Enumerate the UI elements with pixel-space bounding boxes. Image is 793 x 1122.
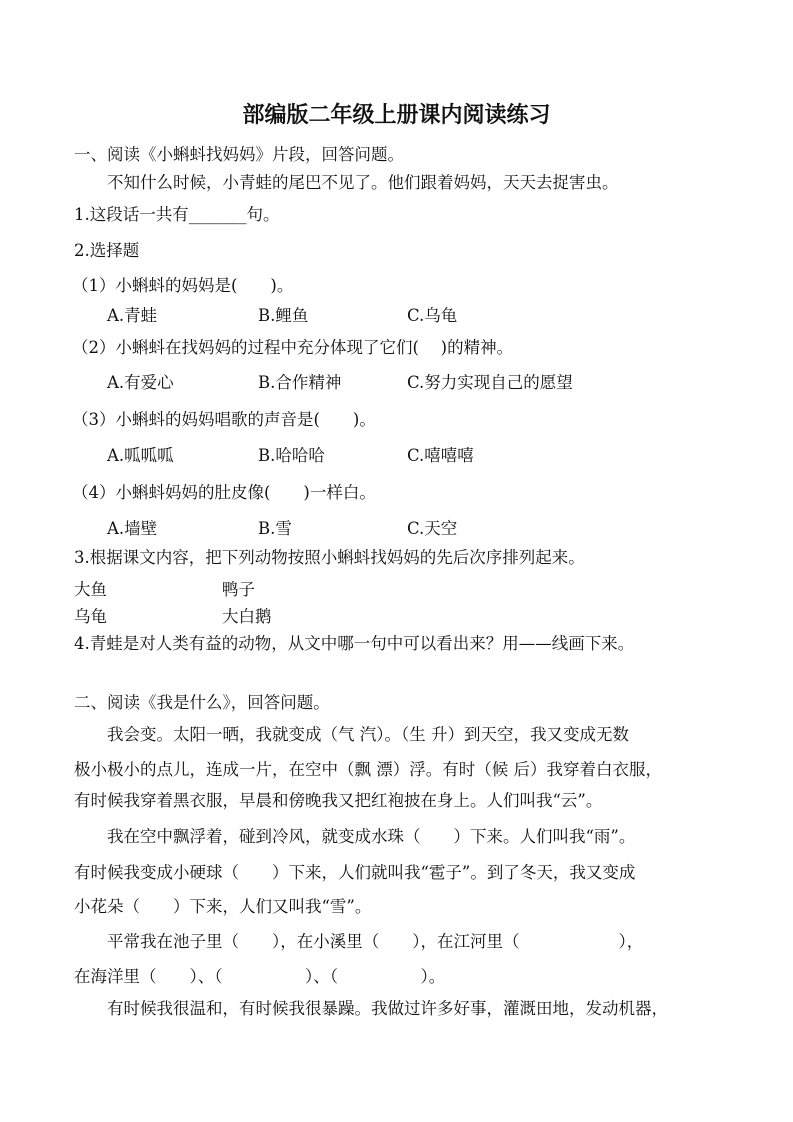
animal-white-goose: 大白鹅 [222,607,272,627]
choice-4-option-c: C.天空 [407,519,457,539]
choice-1-option-c: C.乌龟 [407,306,457,326]
section2-line: 在海洋里（ ）、（ ）、（ ）。 [74,967,445,987]
choice-2-option-b: B.合作精神 [258,373,341,393]
question-3: 3.根据课文内容，把下列动物按照小蝌蚪找妈妈的先后次序排列起来。 [74,548,585,568]
section1-passage: 不知什么时候，小青蛙的尾巴不见了。他们跟着妈妈，天天去捉害虫。 [107,173,619,193]
section2-heading: 二、阅读《我是什么》，回答问题。 [74,693,330,713]
choice-4-option-a: A.墙壁 [107,519,157,539]
choice-2-option-a: A.有爱心 [107,373,174,393]
section2-line: 有时候我变成小硬球（ ）下来，人们就叫我“雹子”。到了冬天，我又变成 [74,863,635,883]
question-1: 1.这段话一共有_______句。 [74,205,280,225]
choice-question-2: （2）小蝌蚪在找妈妈的过程中充分体现了它们( )的精神。 [72,338,513,358]
animal-turtle: 乌龟 [74,607,107,627]
choice-1-option-a: A.青蛙 [107,306,157,326]
choice-1-option-b: B.鲤鱼 [258,306,308,326]
choice-question-1: （1）小蝌蚪的妈妈是( )。 [72,276,293,296]
section1-heading: 一、阅读《小蝌蚪找妈妈》片段，回答问题。 [74,145,404,165]
section2-line: 平常我在池子里（ ），在小溪里（ ），在江河里（ ）， [74,932,643,952]
choice-3-option-b: B.哈哈哈 [258,446,325,466]
section2-line: 我在空中飘浮着，碰到冷风，就变成水珠（ ）下来。人们叫我“雨”。 [74,827,635,847]
choice-3-option-c: C.嘻嘻嘻 [407,446,474,466]
section2-line: 小花朵（ ）下来，人们又叫我“雪”。 [74,897,371,917]
animal-big-fish: 大鱼 [74,580,107,600]
question-2-heading: 2.选择题 [74,241,139,261]
section2-line: 有时候我很温和，有时候我很暴躁。我做过许多好事，灌溉田地，发动机器， [74,999,668,1019]
section2-line: 有时候我穿着黑衣服，早晨和傍晚我又把红袍披在身上。人们叫我“云”。 [74,791,602,811]
choice-2-option-c: C.努力实现自己的愿望 [407,373,573,393]
choice-question-4: （4）小蝌蚪妈妈的肚皮像( )一样白。 [72,483,376,503]
section2-line: 我会变。太阳一晒，我就变成（气 汽）。（生 升）到天空，我又变成无数 [74,725,629,745]
animal-duck: 鸭子 [222,580,255,600]
choice-4-option-b: B.雪 [258,519,292,539]
section2-line: 极小极小的点儿，连成一片，在空中（飘 漂）浮。有时（候 后）我穿着白衣服， [74,760,662,780]
question-4: 4.青蛙是对人类有益的动物，从文中哪一句中可以看出来？用——线画下来。 [74,634,634,654]
page-title: 部编版二年级上册课内阅读练习 [0,102,793,130]
choice-question-3: （3）小蝌蚪的妈妈唱歌的声音是( )。 [72,410,376,430]
choice-3-option-a: A.呱呱呱 [107,446,174,466]
